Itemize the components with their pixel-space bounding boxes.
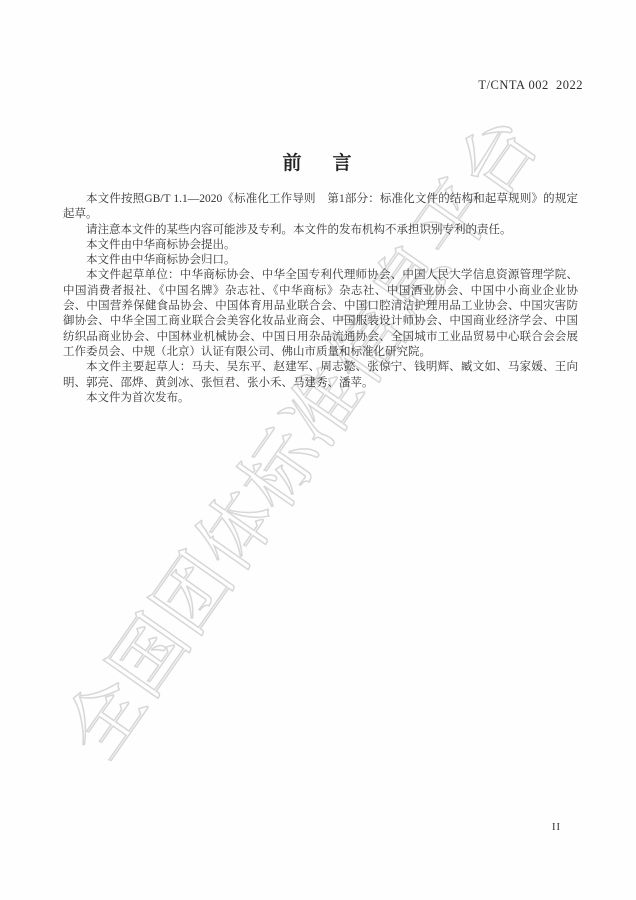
foreword-paragraph-proposed-by: 本文件由中华商标协会提出。: [63, 238, 578, 253]
document-page: 全国团体标准信息平台 T/CNTA 002 2022 前 言 本文件按照GB/T…: [0, 0, 636, 900]
page-title: 前 言: [0, 148, 636, 175]
foreword-paragraph-drafting-organizations: 本文件起草单位：中华商标协会、中华全国专利代理师协会、中国人民大学信息资源管理学…: [63, 268, 578, 360]
foreword-paragraph-under-jurisdiction: 本文件由中华商标协会归口。: [63, 253, 578, 268]
foreword-paragraph-first-issue: 本文件为首次发布。: [63, 391, 578, 406]
page-number: II: [552, 822, 561, 833]
foreword-body: 本文件按照GB/T 1.1—2020《标准化工作导则 第1部分：标准化文件的结构…: [63, 192, 578, 406]
foreword-paragraph-drafters: 本文件主要起草人：马夫、吴东平、赵建军、周志懿、张倞宁、钱明辉、臧文如、马家媛、…: [63, 360, 578, 391]
standard-code: T/CNTA 002 2022: [478, 78, 583, 93]
foreword-paragraph-patent-notice: 请注意本文件的某些内容可能涉及专利。本文件的发布机构不承担识别专利的责任。: [63, 223, 578, 238]
foreword-paragraph-basis: 本文件按照GB/T 1.1—2020《标准化工作导则 第1部分：标准化文件的结构…: [63, 192, 578, 223]
